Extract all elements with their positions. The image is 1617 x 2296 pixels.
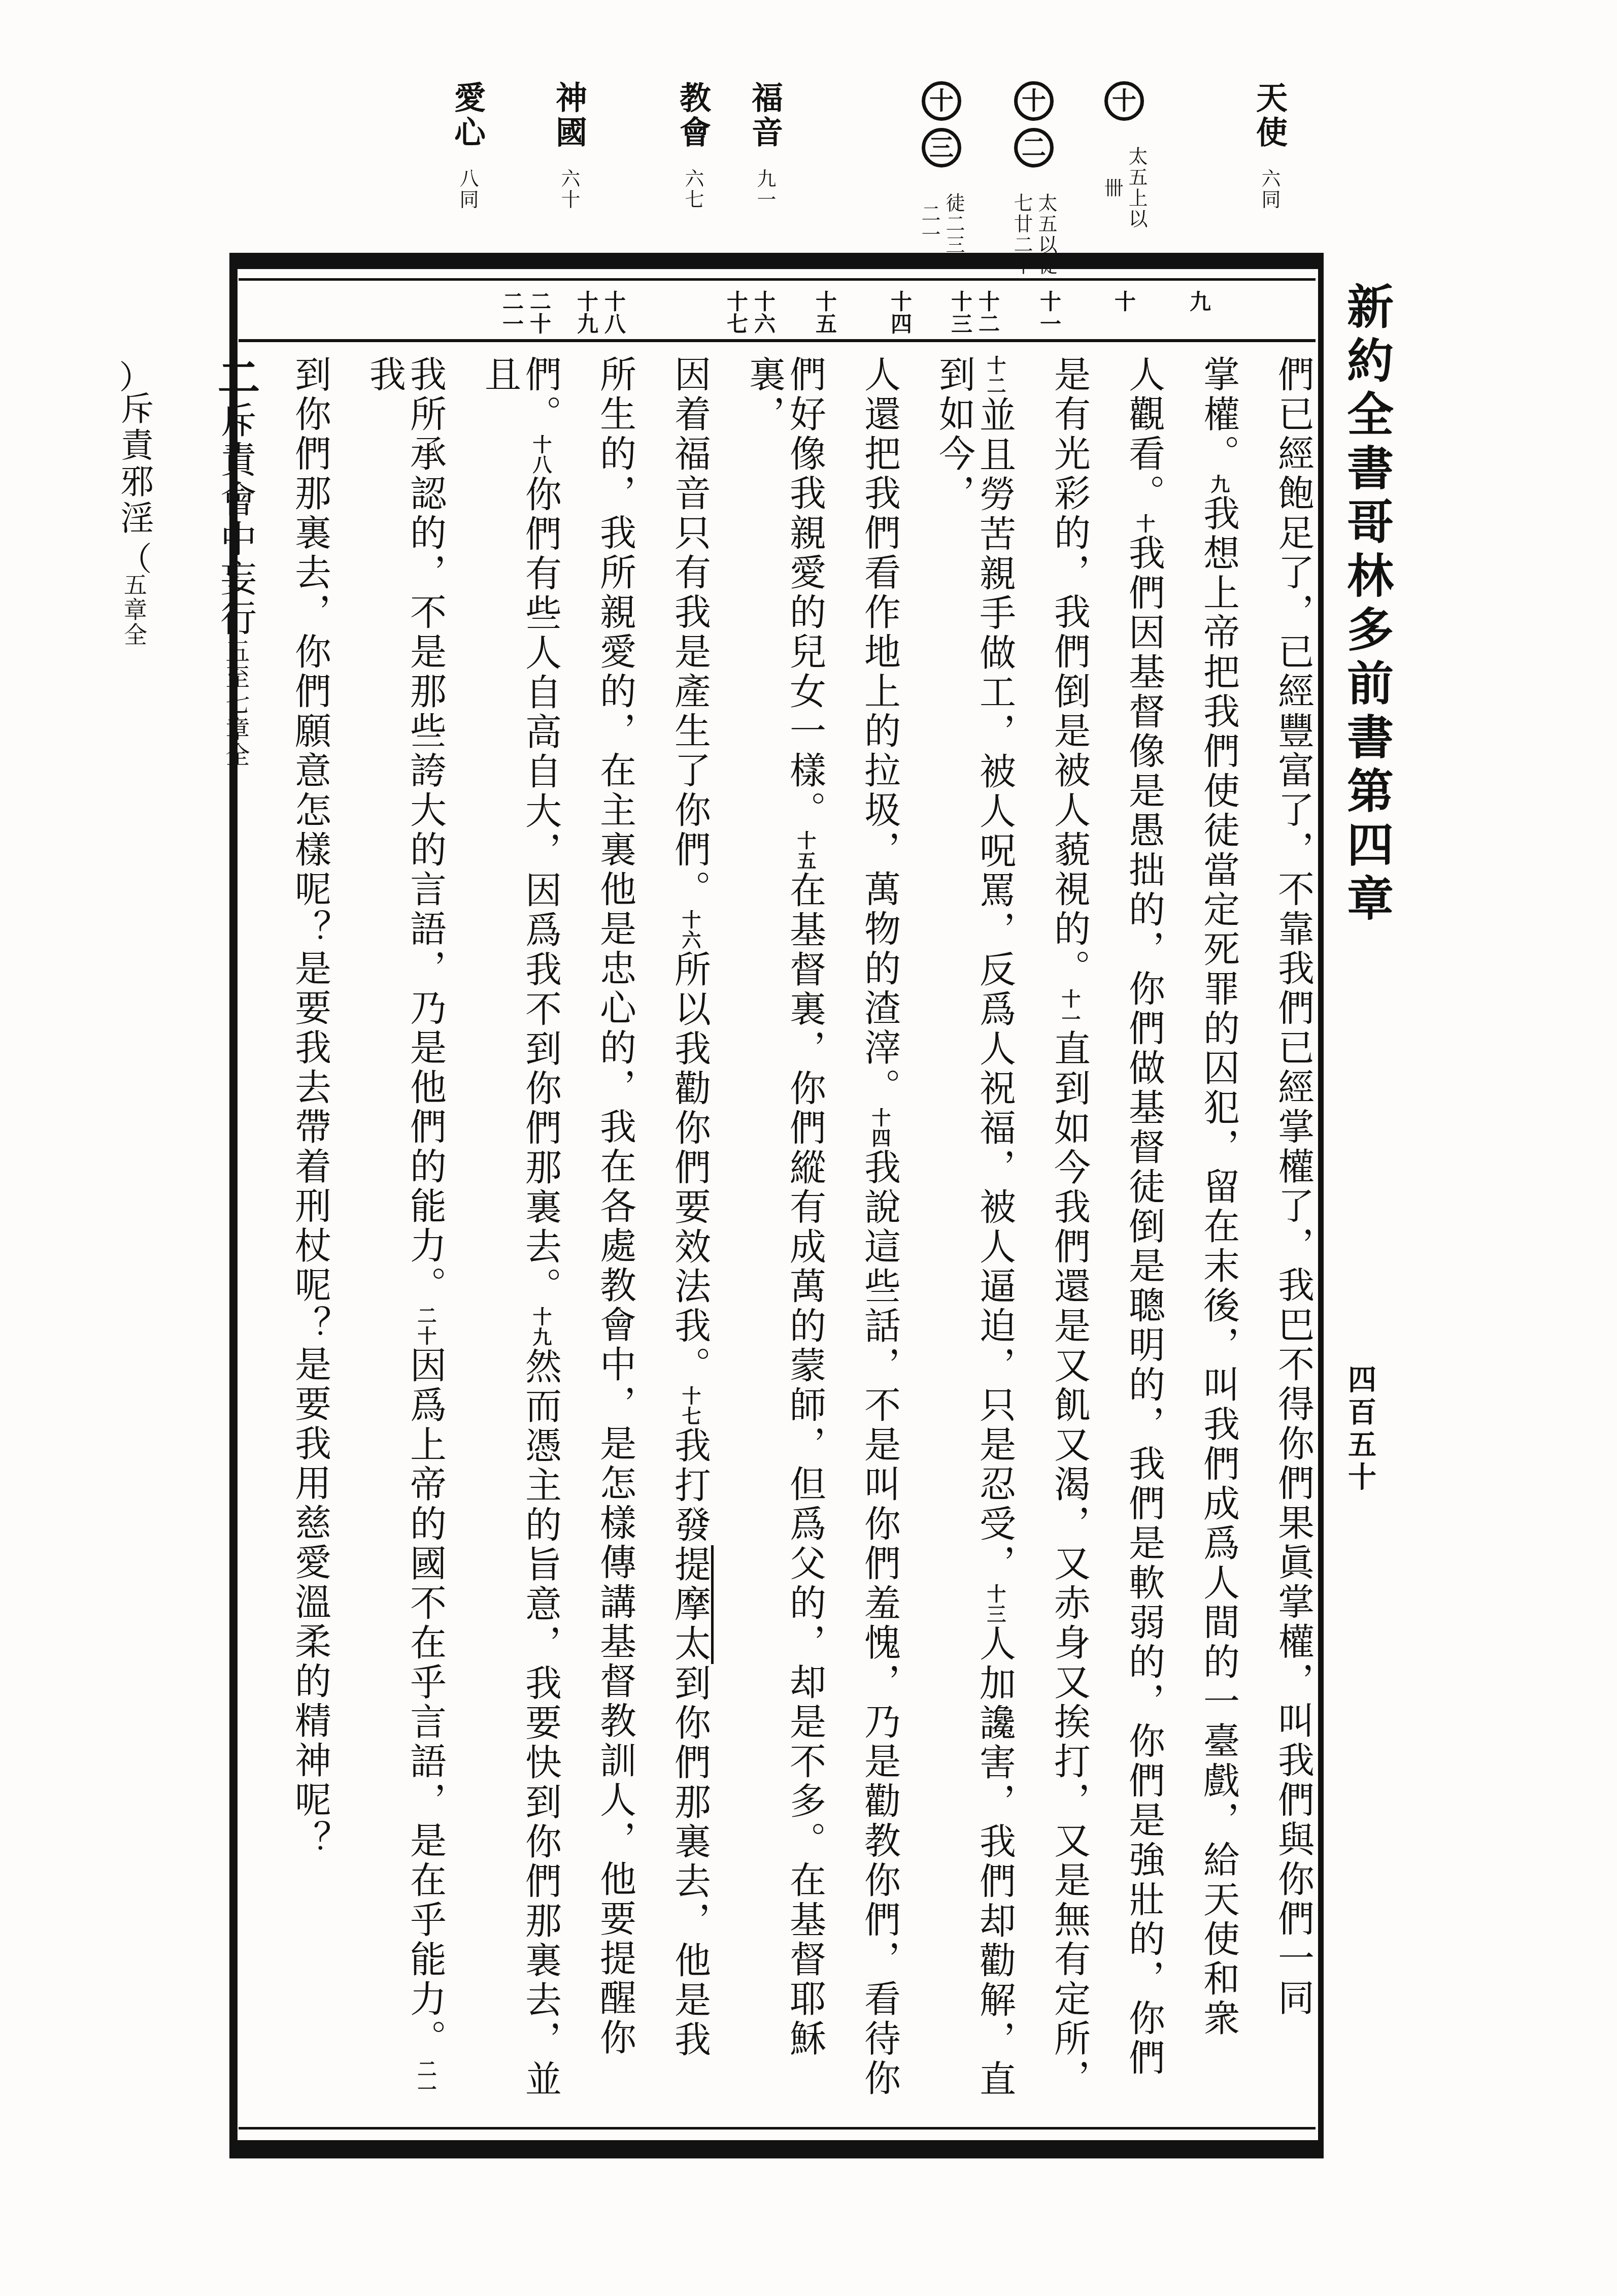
verse-label-11: 十一 [1035,290,1063,351]
text-column-1: 們已經飽足了，已經豐富了，不靠我們已經掌權了，我巴不得你們果眞掌權，叫我們與你們… [1273,355,1313,2122]
text-segment: 所以我勸你們要效法我。 [668,950,711,1386]
margin-note-reference: 八同 [455,169,480,210]
text-segment: 因着福音只有我是產生了你們。 [668,355,711,910]
margin-note-reference: 七廿二十 [1009,193,1034,276]
text-column-4: 是有光彩的，我們倒是被人藐視的。十一直到如今我們還是又飢又渴，又赤身又挨打，又是… [1049,355,1090,2122]
margin-note-keyword: 天使 [1247,81,1292,150]
verse-number-marker: 十 [1133,514,1156,534]
header-separator-rule [239,339,1316,342]
margin-note-church: 教會六七 [655,81,731,212]
verse-label-18-19: 十八十九 [572,290,627,351]
top-inner-rule [239,278,1316,281]
text-column-11: 我所承認的，不是那些誇大的言語，乃是他們的能力。二十因爲上帝的國不在乎言語，是在… [364,355,446,2122]
margin-note-references: 六十 [557,169,581,210]
verse-label-part: 十 [1110,290,1137,351]
text-segment: 斥責會中妄行 [214,401,257,639]
margin-note-reference: 太五上以 [1124,146,1149,229]
text-segment: 因爲上帝的國不在乎言語，是在乎能力。 [404,1346,447,2059]
text-segment: 我所承認的，不是那些誇大的言語，乃是他們的能力。 [404,355,447,1306]
text-column-12: 到你們那裏去，你們願意怎樣呢？是要我去帶着刑杖呢？是要我用慈愛溫柔的精神呢？ [290,355,330,2122]
verse-label-part: 九 [1185,290,1212,351]
text-segment: 我 [363,355,406,395]
scripture-text-body: 們已經飽足了，已經豐富了，不靠我們已經掌權了，我巴不得你們果眞掌權，叫我們與你們… [243,355,1313,2122]
page-title-column: 新約全書哥林多前書第四章 [1334,282,1400,1399]
margin-note-references: 六同 [1257,169,1282,210]
verse-label-part: 十九 [572,290,600,351]
text-segment: 斥責邪淫 [115,391,154,537]
text-segment: 掌權。 [1197,355,1240,474]
text-segment: 到你們那裏去，他是我 [668,1664,711,2060]
text-segment: 提摩太 [668,1545,714,1664]
text-segment: 你們有些人自高自大，因爲我不到你們那裏去。 [519,475,562,1307]
bottom-inner-rule [239,2127,1316,2129]
margin-note-reference: 六同 [1257,169,1282,210]
verse-number-marker: 十六 [679,910,701,950]
reference-circle-mark: 十 [1014,81,1054,121]
text-segment: 到你們那裏去，你們願意怎樣呢？是要我去帶着刑杖呢？是要我用慈愛溫柔的精神呢？ [289,355,331,1860]
verse-number-marker: 十三 [984,1584,1006,1624]
text-segment: 我想上帝把我們使徒當定死罪的囚犯，留在末後，叫我們成爲人間的一臺戲，給天使和衆 [1197,494,1240,2039]
text-column-10: 們。十八你們有些人自高自大，因爲我不到你們那裏去。十九然而憑主的旨意，我要快到你… [480,355,561,2122]
margin-note-love: 愛心八同 [429,81,506,212]
verse-number-marker: 十二 [984,355,1006,396]
verse-label-15: 十五 [811,290,838,351]
text-column-5: 十二並且勞苦親手做工，被人呪罵，反爲人祝福，被人逼迫，只是忍受，十三人加讒害，我… [934,355,1015,2122]
verse-label-14: 十四 [886,290,914,351]
text-segment: 我打發 [668,1426,711,1545]
margin-note-references: 八同 [455,169,480,210]
text-column-6: 人還把我們看作地上的拉圾，萬物的渣滓。十四我說這些話，不是叫你們羞愧，乃是勸教你… [859,355,900,2122]
verse-label-part: 十六 [750,290,777,351]
verse-label-16-17: 十六十七 [722,290,777,351]
section-subheading-column: （斥責邪淫）五章全 [114,355,154,2122]
reference-circle-mark: 十 [1104,81,1144,121]
verse-label-part: 十八 [600,290,627,351]
text-column-8: 因着福音只有我是產生了你們。十六所以我勸你們要效法我。十七我打發提摩太到你們那裏… [669,355,710,2122]
margin-note-keyword: 愛心 [445,81,490,150]
verse-number-marker: 十一 [1058,989,1081,1029]
margin-note-references: 九一 [753,169,777,210]
margin-note-reference: 六十 [557,169,581,210]
margin-note-keyword: 神國 [547,81,592,150]
text-column-7: 們好像我親愛的兒女一樣。十五在基督裏，你們縱有成萬的蒙師，但爲父的，却是不多。在… [744,355,825,2122]
verse-label-9: 九 [1185,290,1212,351]
verse-number-marker: 十五 [794,830,817,871]
verse-label-part: 十二 [974,290,1001,351]
verse-number-marker: 二十 [414,1306,437,1346]
verse-label-part: 十四 [886,290,914,351]
margin-note-ref-3: 十三徒二三二一 [903,81,980,257]
margin-note-reference: 太五以徒 [1034,193,1058,276]
reference-circle-mark: 二 [1014,128,1054,168]
text-segment: 我們因基督像是愚拙的，你們做基督徒倒是聰明的，我們是軟弱的，你們是強壯的，你們 [1123,534,1165,2078]
margin-note-ref-1: 十太五上以卌 [1086,81,1162,231]
text-column-2: 掌權。九我想上帝把我們使徒當定死罪的囚犯，留在末後，叫我們成爲人間的一臺戲，給天… [1198,355,1239,2122]
margin-note-references: 太五以徒七廿二十 [1009,193,1058,276]
margin-note-references: 六七 [681,169,705,210]
text-segment: ） [116,535,152,575]
margin-note-reference: 卌 [1100,146,1124,229]
verse-number-marker: 十九 [529,1307,552,1347]
section-heading-column: 二斥責會中妄行五至七章全 [215,355,256,2122]
text-segment: 五章全 [120,573,148,647]
book-title: 新約全書 [1339,282,1394,497]
margin-note-gospel: 福音九一 [727,81,803,212]
text-segment: 是有光彩的，我們倒是被人藐視的。 [1048,355,1091,989]
text-segment: 我說這些話，不是叫你們羞愧，乃是勸教你們，看待你 [858,1148,901,2099]
text-segment: 直到如今我們還是又飢又渴，又赤身又挨打，又是無有定所， [1048,1029,1091,2099]
margin-note-references: 太五上以卌 [1100,146,1149,229]
verse-number-marker: 二一 [414,2059,437,2100]
reference-circle-mark: 三 [922,128,961,168]
verse-label-part: 二十 [525,290,553,351]
verse-label-part: 十三 [947,290,974,351]
margin-note-reference: 徒二三 [941,193,966,255]
verse-number-marker: 十四 [868,1108,891,1148]
verse-label-20-21: 二十二一 [498,290,553,351]
section-title: 哥林多前書 [1339,497,1394,767]
text-segment: 人還把我們看作地上的拉圾，萬物的渣滓。 [858,355,901,1108]
scanned-bible-page: 天使六同 十太五上以卌 十二太五以徒七廿二十 十三徒二三二一 福音九一 教會六七… [0,0,1617,2296]
margin-note-reference: 六七 [681,169,705,210]
margin-note-references: 徒二三二一 [917,193,966,255]
text-segment: 們已經飽足了，已經豐富了，不靠我們已經掌權了，我巴不得你們果眞掌權，叫我們與你們… [1272,355,1315,2018]
text-segment: （ [116,353,152,393]
text-column-3: 人觀看。十我們因基督像是愚拙的，你們做基督徒倒是聰明的，我們是軟弱的，你們是強壯… [1124,355,1164,2122]
text-column-9: 所生的，我所親愛的，在主裏他是忠心的，我在各處教會中，是怎樣傳講基督教訓人，他要… [595,355,635,2122]
margin-note-reference: 二一 [917,193,941,255]
chapter-title: 第四章 [1339,767,1394,928]
text-segment: 五至七章全 [221,639,250,768]
page-number: 四百五十 [1340,1365,1380,1568]
verse-label-part: 十一 [1035,290,1063,351]
verse-label-part: 十五 [811,290,838,351]
text-segment: 並且勞苦親手做工，被人呪罵，反爲人祝福，被人逼迫，只是忍受， [973,396,1016,1584]
text-segment: 們。 [519,355,562,435]
text-segment: 人觀看。 [1123,355,1165,514]
verse-label-part: 十七 [722,290,750,351]
margin-note-keyword: 教會 [670,81,716,150]
text-segment: 二 [211,355,261,401]
verse-label-12-13: 十二十三 [947,290,1001,351]
verse-number-marker: 十八 [529,435,552,475]
verse-number-marker: 九 [1207,474,1230,494]
verse-label-part: 二一 [498,290,525,351]
margin-note-reference: 九一 [753,169,777,210]
margin-note-kingdom: 神國六十 [531,81,607,212]
margin-note-ref-2: 十二太五以徒七廿二十 [996,81,1072,278]
text-segment: 們好像我親愛的兒女一樣。 [784,355,826,830]
reference-circle-mark: 十 [922,81,961,121]
verse-number-marker: 十七 [679,1386,701,1426]
text-segment: 所生的，我所親愛的，在主裏他是忠心的，我在各處教會中，是怎樣傳講基督教訓人，他要… [594,355,636,2058]
margin-note-angels: 天使六同 [1231,81,1307,212]
verse-label-10: 十 [1110,290,1137,351]
margin-note-keyword: 福音 [743,81,788,150]
